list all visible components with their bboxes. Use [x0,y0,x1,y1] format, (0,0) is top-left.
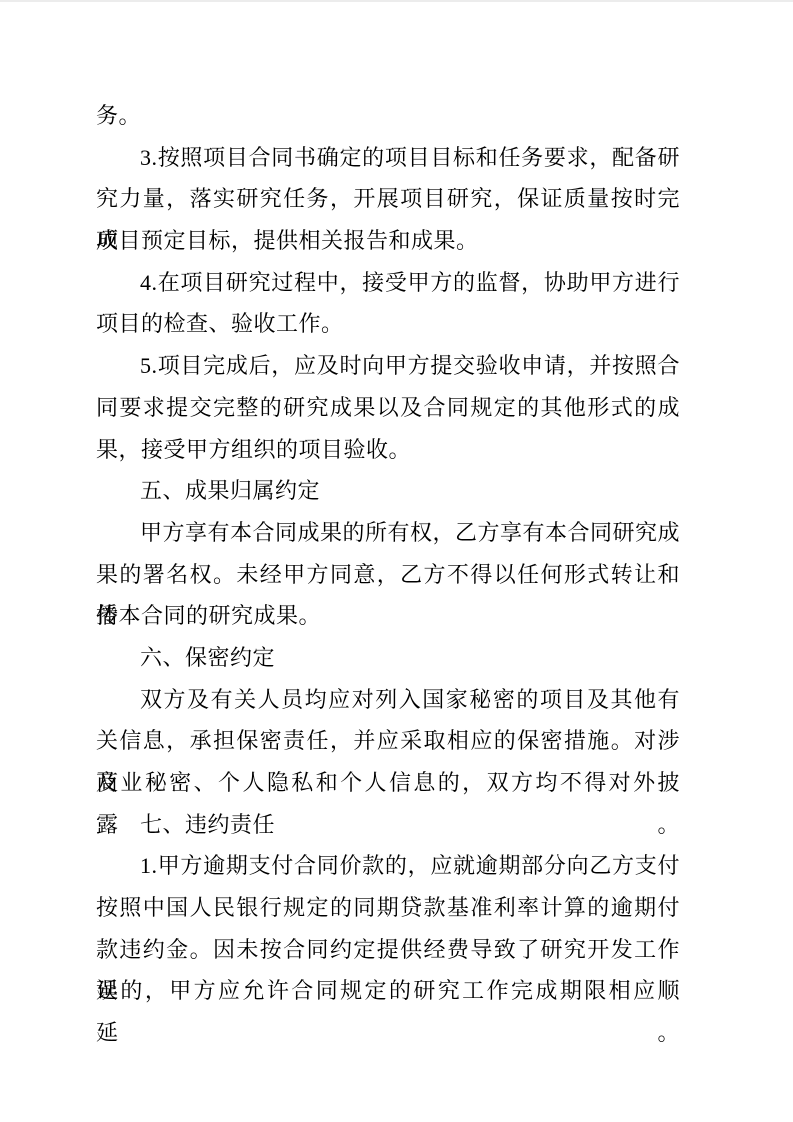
text-line: 款违约金。因未按合同约定提供经费导致了研究开发工作延 [96,929,680,971]
text-line: 项目预定目标，提供相关报告和成果。 [96,220,680,262]
text-line: 甲方享有本合同成果的所有权，乙方享有本合同研究成 [96,512,680,554]
text-line: 商业秘密、个人隐私和个人信息的，双方均不得对外披露。 [96,762,680,804]
text-line: 果的署名权。未经甲方同意，乙方不得以任何形式转让和传 [96,554,680,596]
text-line: 按照中国人民银行规定的同期贷款基准利率计算的逾期付 [96,887,680,929]
text-line: 3.按照项目合同书确定的项目目标和任务要求，配备研 [96,137,680,179]
text-line: 双方及有关人员均应对列入国家秘密的项目及其他有 [96,679,680,721]
text-line: 项目的检查、验收工作。 [96,303,680,345]
text-line: 播本合同的研究成果。 [96,595,680,637]
text-line: 同要求提交完整的研究成果以及合同规定的其他形式的成 [96,387,680,429]
text-line: 关信息，承担保密责任，并应采取相应的保密措施。对涉及 [96,720,680,762]
text-line: 1.甲方逾期支付合同价款的，应就逾期部分向乙方支付 [96,845,680,887]
text-line: 4.在项目研究过程中，接受甲方的监督，协助甲方进行 [96,262,680,304]
contract-body: 务。3.按照项目合同书确定的项目目标和任务要求，配备研究力量，落实研究任务，开展… [96,95,680,1012]
text-line: 果，接受甲方组织的项目验收。 [96,429,680,471]
text-line: 六、保密约定 [96,637,680,679]
text-line: 5.项目完成后，应及时向甲方提交验收申请，并按照合 [96,345,680,387]
page-top-edge [0,0,793,2]
text-line: 五、成果归属约定 [96,470,680,512]
text-line: 务。 [96,95,680,137]
text-line: 误的，甲方应允许合同规定的研究工作完成期限相应顺延。 [96,970,680,1012]
text-line: 究力量，落实研究任务，开展项目研究，保证质量按时完成 [96,178,680,220]
